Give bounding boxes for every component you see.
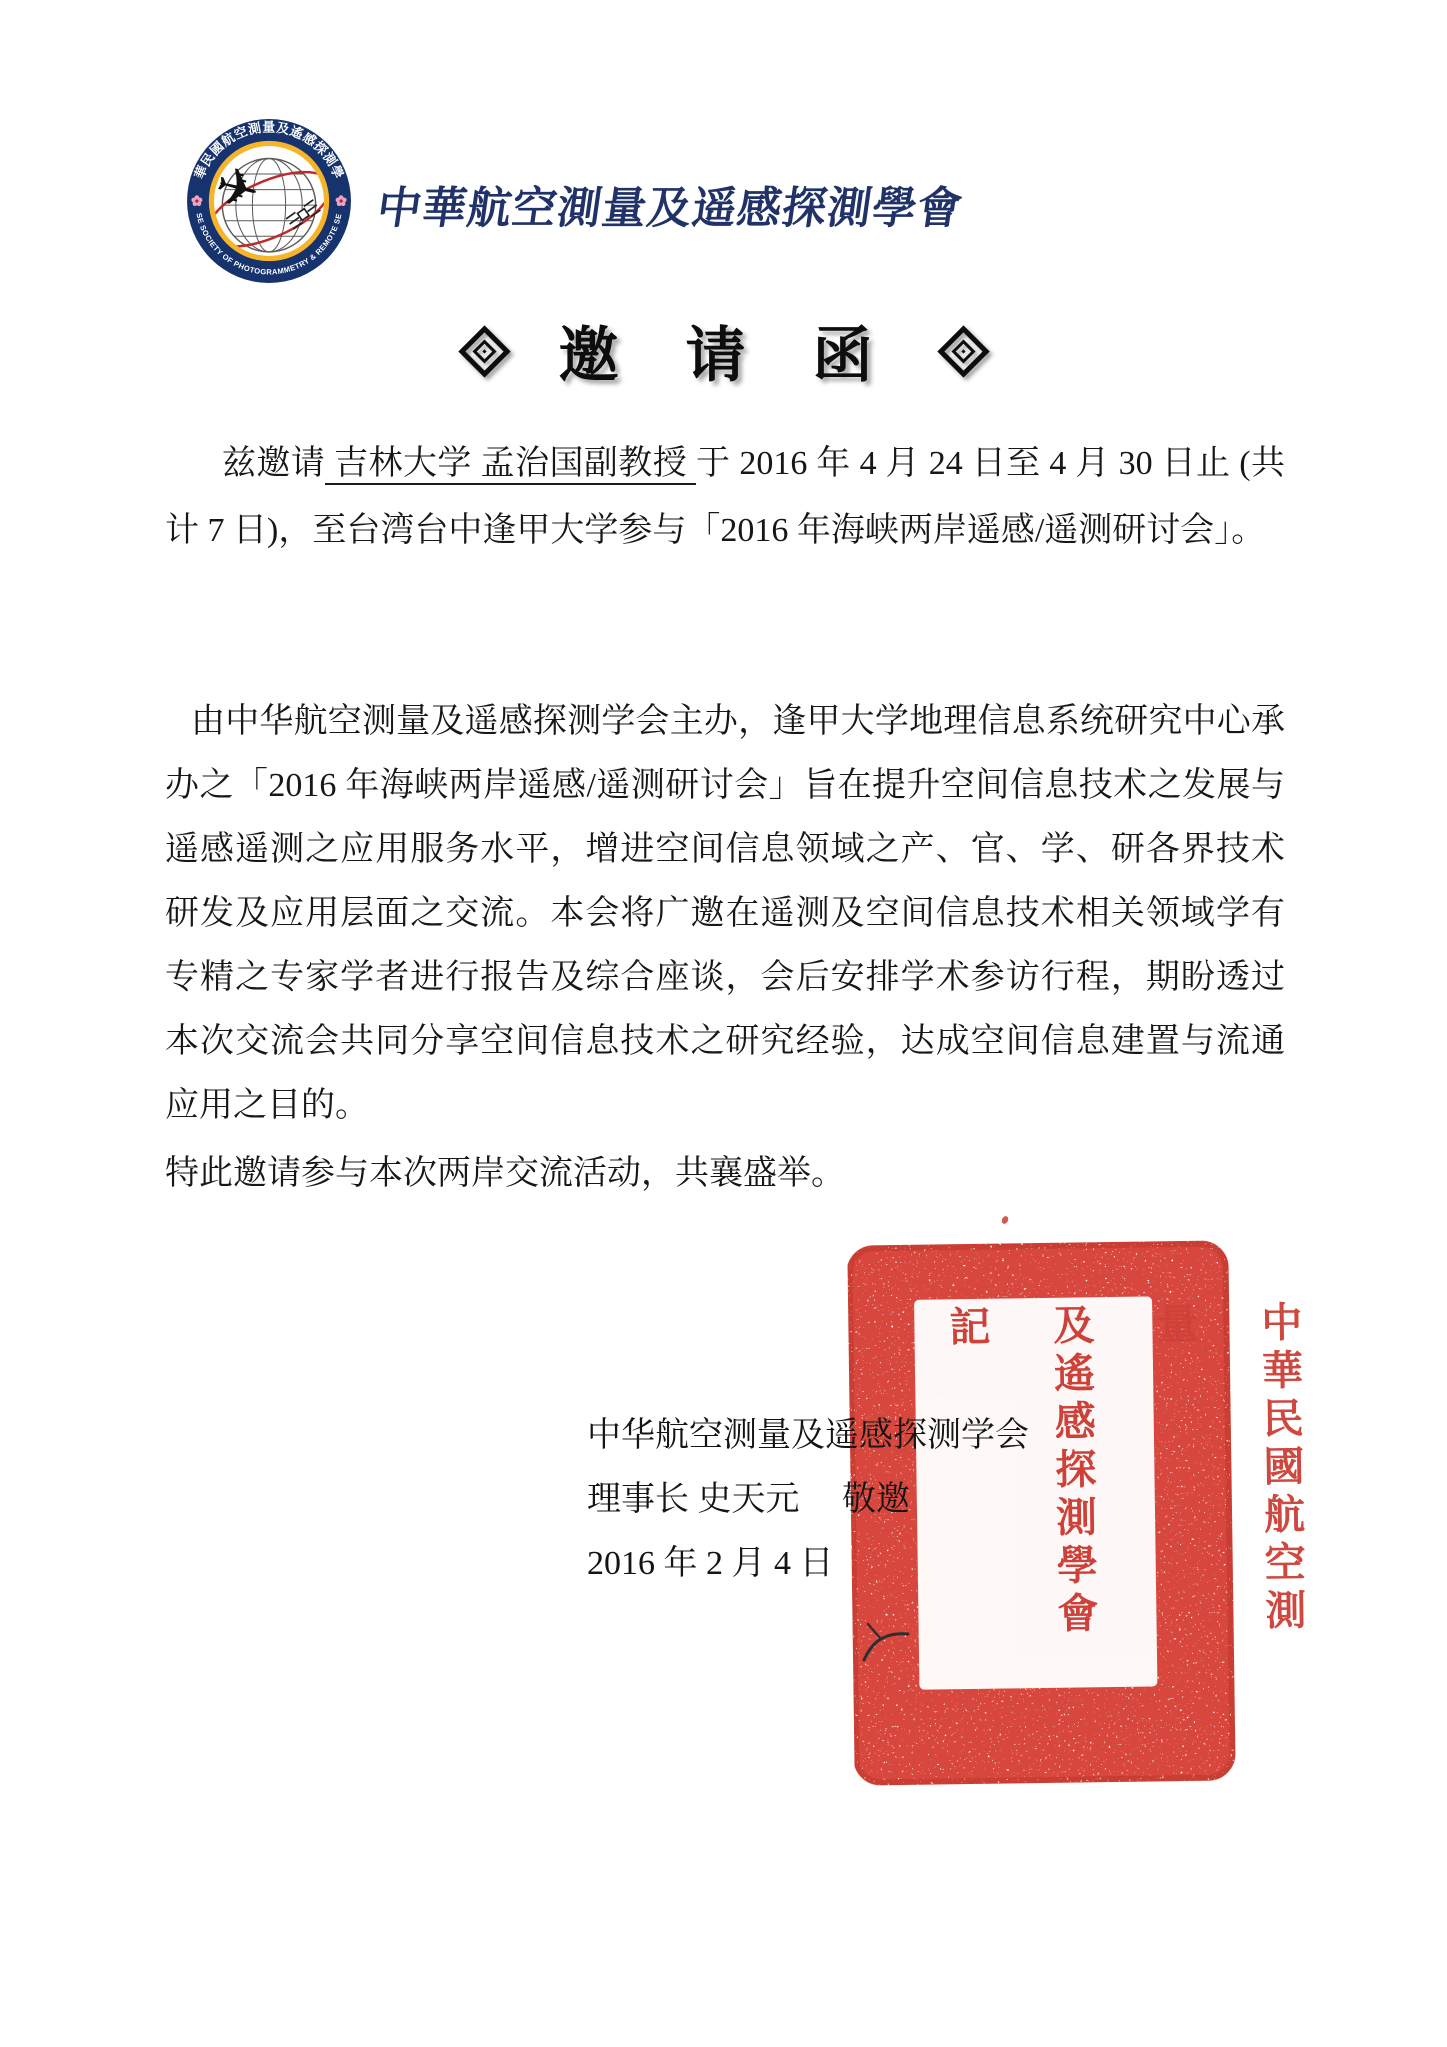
diamond-ornament-icon (466, 333, 503, 370)
org-wordmark: 中華航空測量及遥感探測學會 (374, 172, 943, 236)
society-logo-icon: ✈ 中華民國航空測量及遙感探測學會 CHINESE SOCIETY OF PHO… (186, 118, 352, 284)
diamond-ornament-icon (945, 333, 982, 370)
paragraph-closing: 特此邀请参与本次两岸交流活动，共襄盛举。 (165, 1142, 1285, 1206)
invitation-letter-page: ✈ 中華民國航空測量及遙感探測學會 CHINESE SOCIETY OF PHO… (0, 0, 1447, 2047)
paragraph-description: 由中华航空测量及遥感探测学会主办，逢甲大学地理信息系统研究中心承办之「2016 … (165, 690, 1285, 1138)
letter-title: 邀 请 函 (549, 308, 899, 394)
signature-block: 中华航空测量及遥感探测学会 理事长 史天元 敬邀 2016 年 2 月 4 日 (587, 1404, 1029, 1596)
signature-president: 理事长 史天元 敬邀 (587, 1468, 1029, 1532)
letter-title-row: 邀 请 函 (0, 305, 1447, 397)
signature-org: 中华航空测量及遥感探测学会 (587, 1404, 1029, 1468)
paragraph-invitation: 兹邀请 吉林大学 孟治国副教授 于 2016 年 4 月 24 日至 4 月 3… (165, 430, 1285, 564)
invitation-prefix: 兹邀请 (222, 445, 325, 482)
signature-date: 2016 年 2 月 4 日 (587, 1532, 1029, 1596)
ink-mark (856, 1608, 926, 1672)
seal-speck (1000, 1215, 1009, 1225)
invitee-underlined: 吉林大学 孟治国副教授 (325, 445, 696, 485)
seal-column: 中華民國航空測量 (1122, 1300, 1335, 1681)
